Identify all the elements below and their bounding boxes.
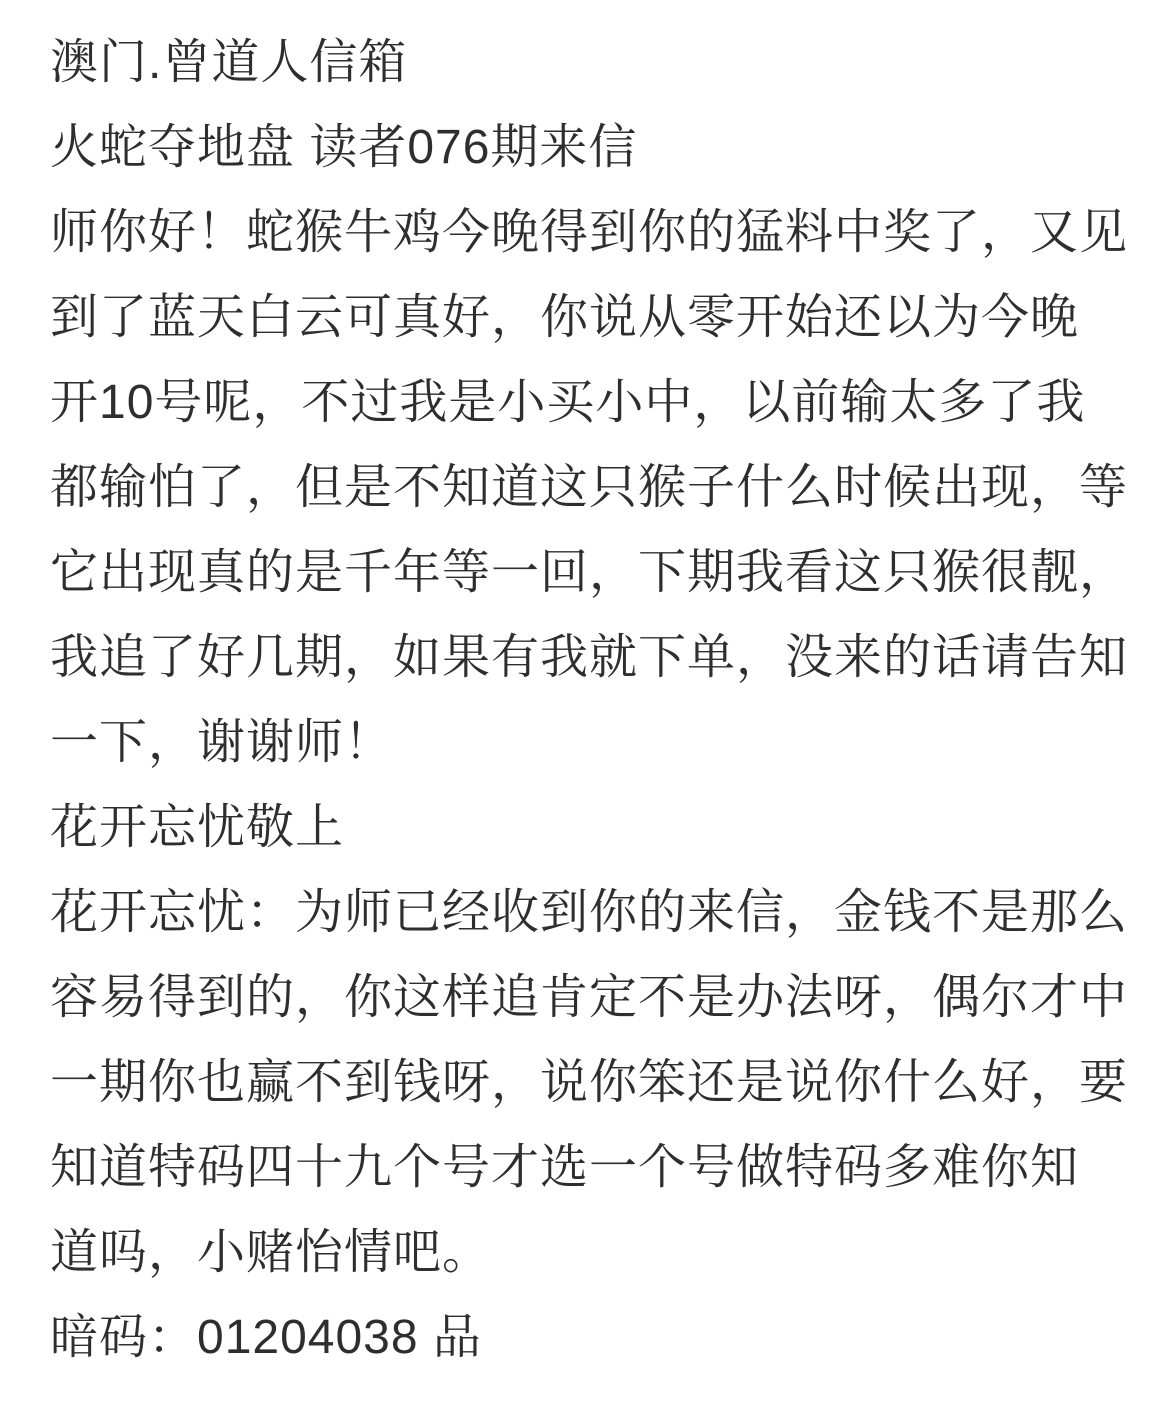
reply-line: 一期你也赢不到钱呀，说你笨还是说你什么好，要 — [50, 1040, 1161, 1125]
reader-letter-line: 它出现真的是千年等一回，下期我看这只猴很靓， — [50, 530, 1161, 615]
reply-line: 道吗，小赌怡情吧。 — [50, 1210, 1161, 1295]
secret-code-line: 暗码：01204038 品 — [50, 1295, 1161, 1380]
reader-letter-line: 师你好！蛇猴牛鸡今晚得到你的猛料中奖了，又见 — [50, 190, 1161, 275]
reader-letter-line: 我追了好几期，如果有我就下单，没来的话请告知 — [50, 615, 1161, 700]
post-body: 澳门.曾道人信箱 火蛇夺地盘 读者076期来信 师你好！蛇猴牛鸡今晚得到你的猛料… — [0, 0, 1173, 1380]
reader-letter-line: 到了蓝天白云可真好，你说从零开始还以为今晚 — [50, 275, 1161, 360]
reply-line: 容易得到的，你这样追肯定不是办法呀，偶尔才中 — [50, 955, 1161, 1040]
post-header: 澳门.曾道人信箱 — [50, 20, 1161, 105]
reader-letter-line: 开10号呢，不过我是小买小中，以前输太多了我 — [50, 360, 1161, 445]
reply-line: 知道特码四十九个号才选一个号做特码多难你知 — [50, 1125, 1161, 1210]
reader-letter-line: 都输怕了，但是不知道这只猴子什么时候出现，等 — [50, 445, 1161, 530]
signature-line: 花开忘忧敬上 — [50, 785, 1161, 870]
reply-line: 花开忘忧：为师已经收到你的来信，金钱不是那么 — [50, 870, 1161, 955]
reader-letter-line: 一下，谢谢师！ — [50, 700, 1161, 785]
post-subject: 火蛇夺地盘 读者076期来信 — [50, 105, 1161, 190]
